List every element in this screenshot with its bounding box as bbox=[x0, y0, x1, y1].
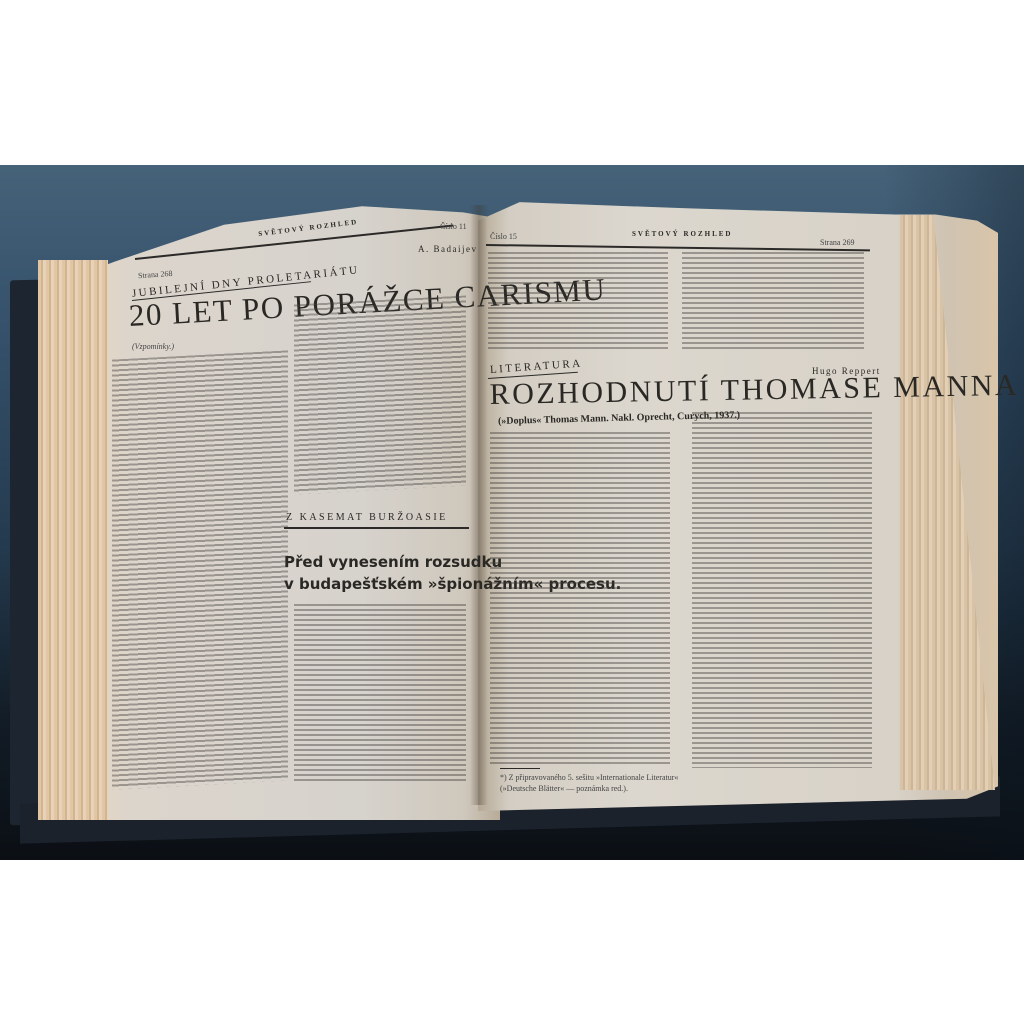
second-section-label: Z KASEMAT BURŽOASIE bbox=[286, 512, 448, 523]
left-issue-label: Číslo 11 bbox=[440, 222, 467, 231]
right-issue-label: Číslo 15 bbox=[490, 232, 517, 241]
left-intro-tag: (Vzpomínky.) bbox=[132, 342, 174, 351]
left-page-edges bbox=[38, 260, 108, 820]
left-column-2-text bbox=[294, 295, 466, 494]
right-column-1-top-text bbox=[488, 252, 668, 352]
right-page-number: Strana 269 bbox=[820, 238, 854, 247]
left-byline: A. Badaijev bbox=[418, 244, 478, 254]
left-column-1-text bbox=[112, 350, 288, 789]
book-cover-edge bbox=[10, 280, 40, 826]
right-running-header: SVĚTOVÝ ROZHLED bbox=[632, 230, 732, 238]
right-column-2-top-text bbox=[682, 252, 864, 352]
right-footnote: *) Z připravovaného 5. sešitu »Internati… bbox=[500, 772, 680, 794]
footnote-rule bbox=[500, 768, 540, 769]
second-section-rule bbox=[284, 527, 469, 529]
second-article-text bbox=[294, 604, 466, 784]
second-headline-line-1: Před vynesením rozsudku bbox=[284, 552, 502, 572]
right-column-2-text bbox=[692, 412, 872, 768]
right-column-1-text bbox=[490, 432, 670, 764]
